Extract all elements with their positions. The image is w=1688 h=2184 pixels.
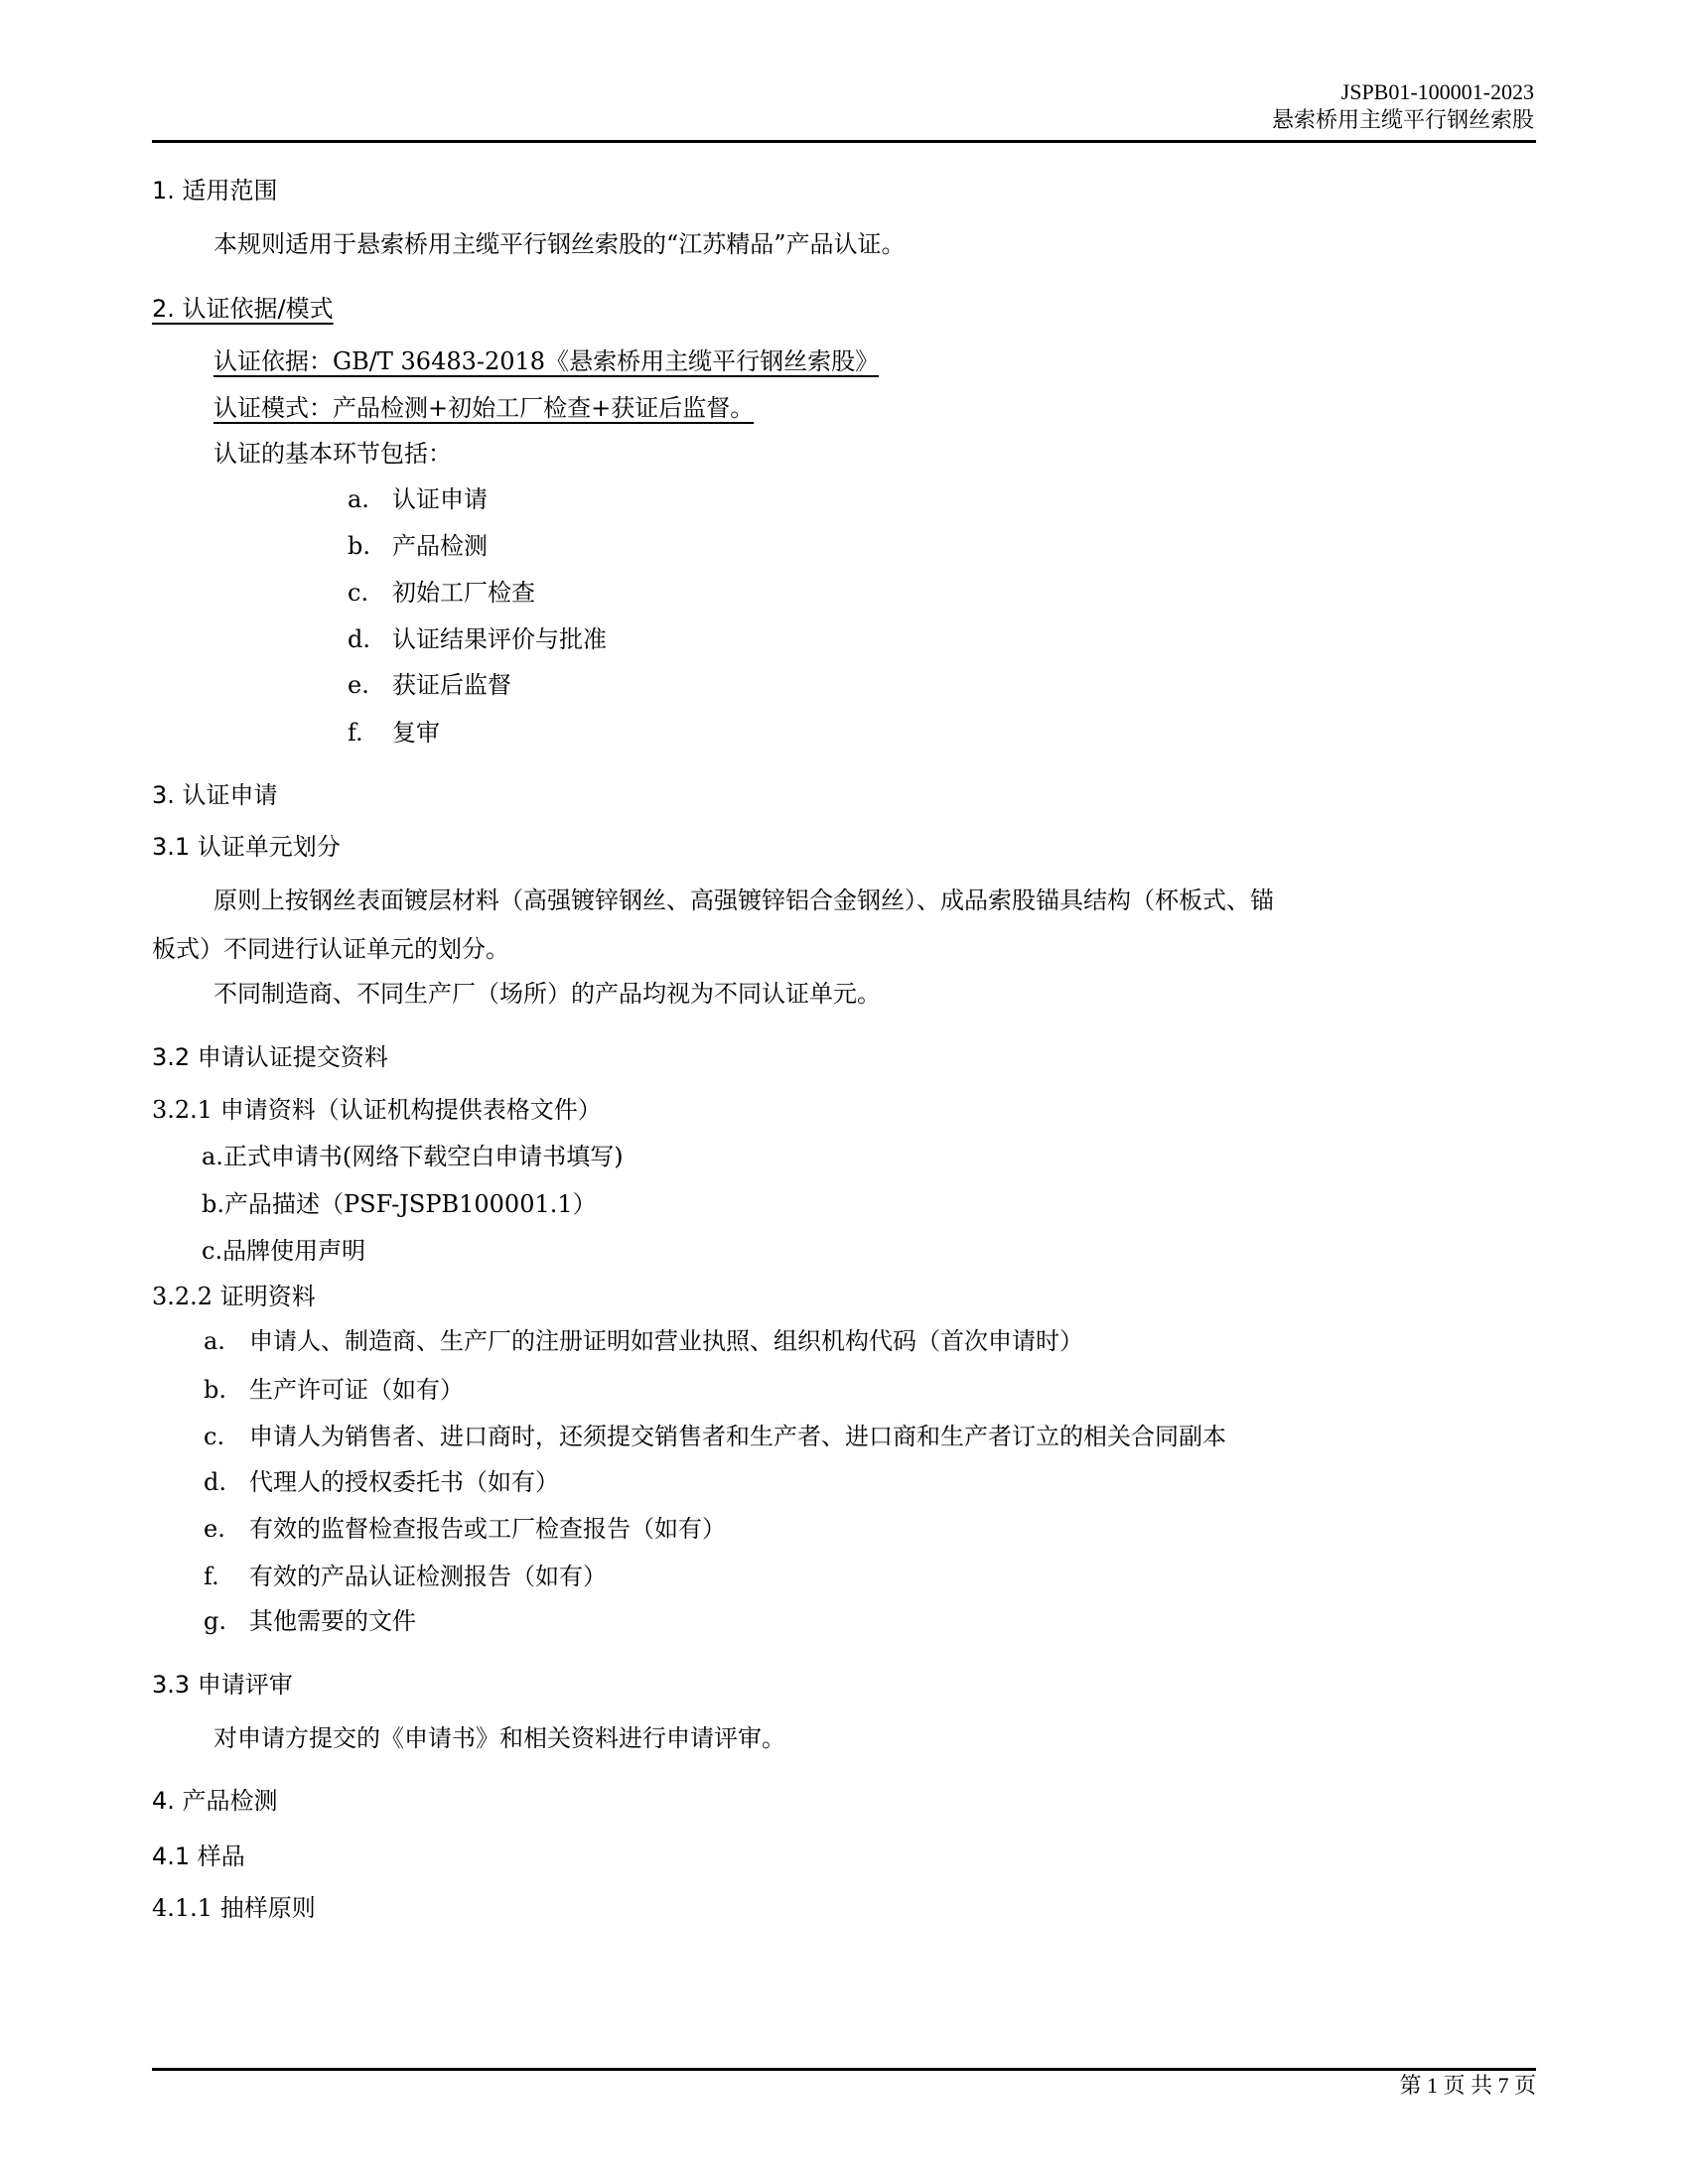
footer-rule xyxy=(152,2068,1536,2071)
step-text: 认证结果评价与批准 xyxy=(392,625,607,653)
section-4-1-1-heading: 4.1.1 抽样原则 xyxy=(152,1896,316,1920)
section-4-heading: 4. 产品检测 xyxy=(152,1789,278,1813)
item-letter: b. xyxy=(202,1190,224,1218)
item-letter: c. xyxy=(204,1425,249,1448)
step-text: 产品检测 xyxy=(392,532,488,560)
item-text: 生产许可证（如有） xyxy=(249,1376,464,1404)
item-text: 产品描述（PSF-JSPB100001.1） xyxy=(224,1190,597,1218)
item-text: 有效的产品认证检测报告（如有） xyxy=(249,1563,607,1590)
section-3-1-para1-line1: 原则上按钢丝表面镀层材料（高强镀锌钢丝、高强镀锌铝合金钢丝）、成品索股锚具结构（… xyxy=(213,888,1274,912)
step-text: 认证申请 xyxy=(392,485,488,513)
application-doc-item: c.品牌使用声明 xyxy=(202,1239,365,1263)
item-text: 其他需要的文件 xyxy=(249,1607,416,1635)
certification-mode: 认证模式：产品检测+初始工厂检查+获证后监督。 xyxy=(213,396,754,420)
step-text: 初始工厂检查 xyxy=(392,579,535,607)
section-1-heading: 1. 适用范围 xyxy=(152,179,278,203)
section-1-body: 本规则适用于悬索桥用主缆平行钢丝索股的“江苏精品”产品认证。 xyxy=(213,232,906,256)
item-text: 有效的监督检查报告或工厂检查报告（如有） xyxy=(249,1515,726,1543)
proof-doc-item: b.生产许可证（如有） xyxy=(204,1378,464,1402)
step-item: e.获证后监督 xyxy=(348,673,511,697)
section-2-heading: 2. 认证依据/模式 xyxy=(152,297,334,321)
item-text: 品牌使用声明 xyxy=(222,1237,365,1265)
page-number: 第 1 页 共 7 页 xyxy=(1399,2075,1536,2097)
item-letter: c. xyxy=(202,1237,222,1265)
doc-title: 悬索桥用主缆平行钢丝索股 xyxy=(1272,109,1534,131)
section-3-2-heading: 3.2 申请认证提交资料 xyxy=(152,1045,388,1069)
step-letter: c. xyxy=(348,581,392,605)
certification-basis: 认证依据：GB/T 36483-2018《悬索桥用主缆平行钢丝索股》 xyxy=(213,349,879,373)
section-3-1-para2: 不同制造商、不同生产厂（场所）的产品均视为不同认证单元。 xyxy=(213,982,881,1006)
doc-code: JSPB01-100001-2023 xyxy=(1341,81,1534,103)
item-text: 申请人、制造商、生产厂的注册证明如营业执照、组织机构代码（首次申请时） xyxy=(249,1327,1083,1355)
proof-doc-item: e.有效的监督检查报告或工厂检查报告（如有） xyxy=(204,1517,726,1541)
step-item: a.认证申请 xyxy=(348,487,488,511)
application-doc-item: b.产品描述（PSF-JSPB100001.1） xyxy=(202,1192,597,1216)
item-letter: d. xyxy=(204,1470,249,1494)
step-item: f.复审 xyxy=(348,721,440,745)
item-letter: a. xyxy=(204,1329,249,1353)
proof-doc-item: a.申请人、制造商、生产厂的注册证明如营业执照、组织机构代码（首次申请时） xyxy=(204,1329,1083,1353)
step-item: c.初始工厂检查 xyxy=(348,581,535,605)
step-item: b.产品检测 xyxy=(348,534,488,558)
section-3-heading: 3. 认证申请 xyxy=(152,783,278,807)
proof-doc-item: c.申请人为销售者、进口商时，还须提交销售者和生产者、进口商和生产者订立的相关合… xyxy=(204,1425,1226,1448)
item-letter: f. xyxy=(204,1565,249,1588)
item-letter: b. xyxy=(204,1378,249,1402)
section-3-1-heading: 3.1 认证单元划分 xyxy=(152,835,341,859)
header-rule xyxy=(152,140,1536,143)
step-text: 获证后监督 xyxy=(392,671,511,699)
application-doc-item: a.正式申请书(网络下载空白申请书填写) xyxy=(202,1145,624,1168)
proof-doc-item: f.有效的产品认证检测报告（如有） xyxy=(204,1565,607,1588)
step-item: d.认证结果评价与批准 xyxy=(348,627,607,651)
section-4-1-heading: 4.1 样品 xyxy=(152,1844,245,1868)
section-3-3-heading: 3.3 申请评审 xyxy=(152,1673,293,1697)
step-letter: d. xyxy=(348,627,392,651)
item-text: 正式申请书(网络下载空白申请书填写) xyxy=(223,1143,624,1170)
item-letter: a. xyxy=(202,1143,223,1170)
item-letter: e. xyxy=(204,1517,249,1541)
step-letter: b. xyxy=(348,534,392,558)
section-3-3-body: 对申请方提交的《申请书》和相关资料进行申请评审。 xyxy=(213,1726,785,1750)
steps-intro: 认证的基本环节包括： xyxy=(213,442,452,466)
step-letter: e. xyxy=(348,673,392,697)
item-text: 代理人的授权委托书（如有） xyxy=(249,1468,559,1496)
step-text: 复审 xyxy=(392,719,440,747)
item-letter: g. xyxy=(204,1609,249,1633)
section-2-heading-text: 2. 认证依据/模式 xyxy=(152,295,334,323)
item-text: 申请人为销售者、进口商时，还须提交销售者和生产者、进口商和生产者订立的相关合同副… xyxy=(249,1423,1226,1450)
proof-doc-item: g.其他需要的文件 xyxy=(204,1609,416,1633)
step-letter: f. xyxy=(348,721,392,745)
proof-doc-item: d.代理人的授权委托书（如有） xyxy=(204,1470,559,1494)
step-letter: a. xyxy=(348,487,392,511)
section-3-1-para1-line2: 板式）不同进行认证单元的划分。 xyxy=(152,937,509,961)
section-3-2-1-heading: 3.2.1 申请资料（认证机构提供表格文件） xyxy=(152,1098,602,1122)
section-3-2-2-heading: 3.2.2 证明资料 xyxy=(152,1285,316,1308)
